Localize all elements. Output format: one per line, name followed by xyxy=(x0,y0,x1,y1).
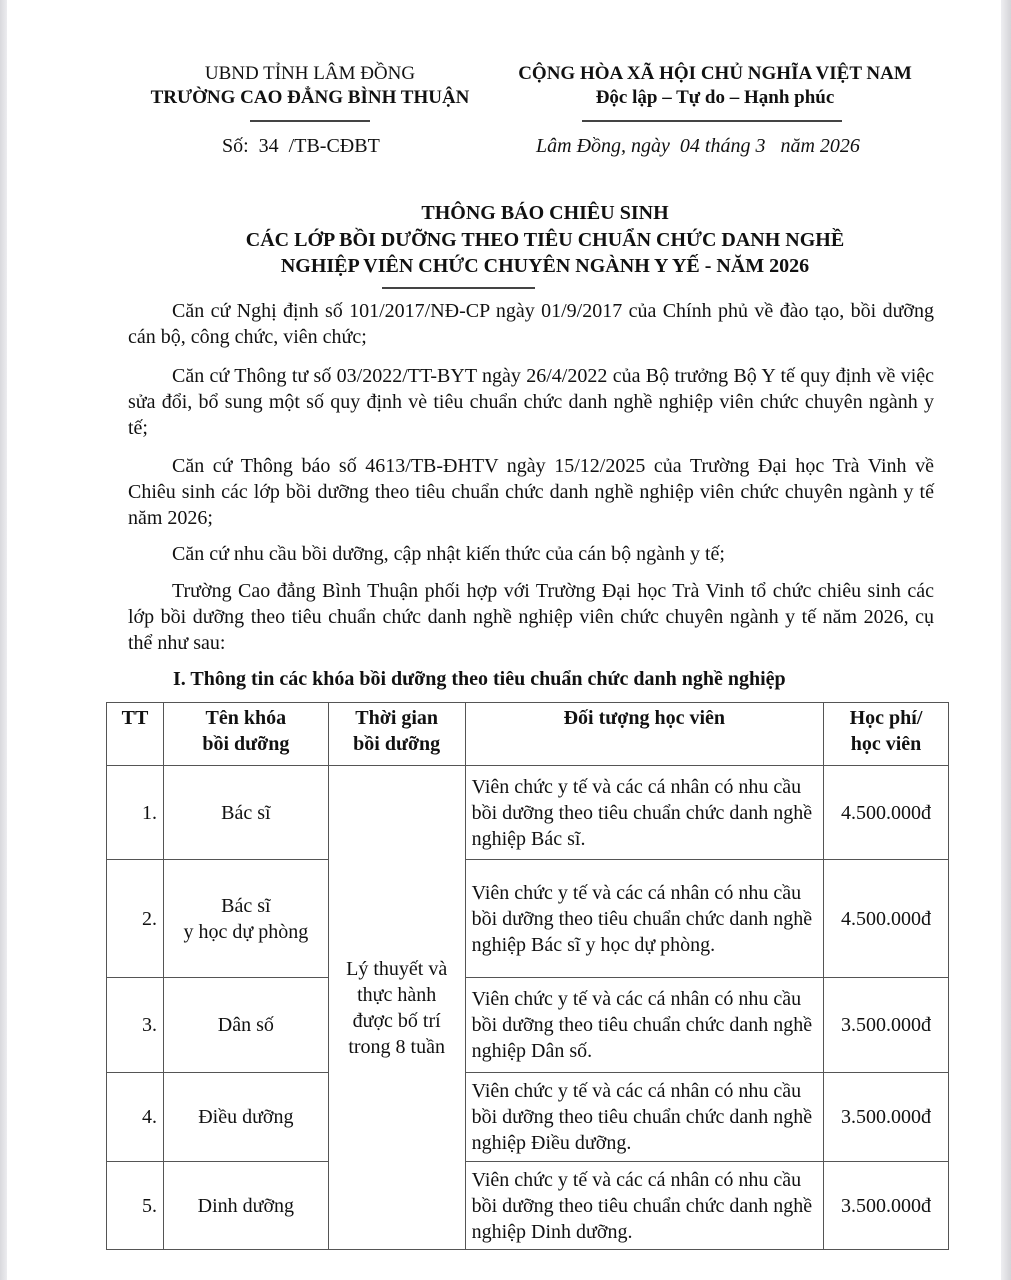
document-number: Số: 34 /TB-CĐBT xyxy=(222,135,380,158)
row-course-name: Bác sĩ xyxy=(163,766,328,860)
paragraph-legal-basis-2: Căn cứ Thông tư số 03/2022/TT-BYT ngày 2… xyxy=(128,363,934,441)
row-fee: 3.500.000đ xyxy=(824,1162,949,1250)
row-course-name: Dinh dưỡng xyxy=(163,1162,328,1250)
row-course-name: Bác sĩ y học dự phòng xyxy=(163,860,328,978)
motto: Độc lập – Tự do – Hạnh phúc xyxy=(490,86,940,110)
table-row: 4. Điều dưỡng Viên chức y tế và các cá n… xyxy=(107,1073,949,1162)
table-row: 3. Dân số Viên chức y tế và các cá nhân … xyxy=(107,978,949,1073)
courses-table: TT Tên khóa bồi dưỡng Thời gian bồi dưỡn… xyxy=(106,702,949,1250)
row-tt: 3. xyxy=(107,978,164,1073)
table-row: 5. Dinh dưỡng Viên chức y tế và các cá n… xyxy=(107,1162,949,1250)
document-subtitle-line1: CÁC LỚP BỒI DƯỠNG THEO TIÊU CHUẨN CHỨC D… xyxy=(100,228,990,253)
document-page: UBND TỈNH LÂM ĐỒNG TRƯỜNG CAO ĐẲNG BÌNH … xyxy=(0,0,1011,1280)
table-row: 2. Bác sĩ y học dự phòng Viên chức y tế … xyxy=(107,860,949,978)
section-heading: I. Thông tin các khóa bồi dưỡng theo tiê… xyxy=(173,668,786,691)
national-motto: CỘNG HÒA XÃ HỘI CHỦ NGHĨA VIỆT NAM Độc l… xyxy=(490,62,940,110)
authority-line: UBND TỈNH LÂM ĐỒNG xyxy=(130,62,490,86)
row-fee: 4.500.000đ xyxy=(824,860,949,978)
table-row: 1. Bác sĩ Lý thuyết và thực hành được bố… xyxy=(107,766,949,860)
row-tt: 1. xyxy=(107,766,164,860)
table-header-row: TT Tên khóa bồi dưỡng Thời gian bồi dưỡn… xyxy=(107,703,949,766)
issuing-authority: UBND TỈNH LÂM ĐỒNG TRƯỜNG CAO ĐẲNG BÌNH … xyxy=(130,62,490,110)
row-target: Viên chức y tế và các cá nhân có nhu cầu… xyxy=(465,1162,823,1250)
row-target: Viên chức y tế và các cá nhân có nhu cầu… xyxy=(465,860,823,978)
paragraph-intro: Trường Cao đẳng Bình Thuận phối hợp với … xyxy=(128,578,934,656)
row-fee: 3.500.000đ xyxy=(824,1073,949,1162)
row-fee: 4.500.000đ xyxy=(824,766,949,860)
country-name: CỘNG HÒA XÃ HỘI CHỦ NGHĨA VIỆT NAM xyxy=(490,62,940,86)
header-duration: Thời gian bồi dưỡng xyxy=(328,703,465,766)
header-right-rule xyxy=(582,120,842,122)
document-subtitle-line2: NGHIỆP VIÊN CHỨC CHUYÊN NGÀNH Y YẾ - NĂM… xyxy=(100,254,990,279)
header-target: Đối tượng học viên xyxy=(465,703,823,766)
row-course-name: Dân số xyxy=(163,978,328,1073)
paragraph-legal-basis-3: Căn cứ Thông báo số 4613/TB-ĐHTV ngày 15… xyxy=(128,453,934,531)
row-tt: 4. xyxy=(107,1073,164,1162)
shared-duration: Lý thuyết và thực hành được bố trí trong… xyxy=(328,766,465,1250)
row-tt: 5. xyxy=(107,1162,164,1250)
paragraph-legal-basis-1: Căn cứ Nghị định số 101/2017/NĐ-CP ngày … xyxy=(128,298,934,350)
header-fee: Học phí/ học viên xyxy=(824,703,949,766)
row-fee: 3.500.000đ xyxy=(824,978,949,1073)
header-left-rule xyxy=(250,120,370,122)
school-name: TRƯỜNG CAO ĐẲNG BÌNH THUẬN xyxy=(130,86,490,110)
place-date: Lâm Đồng, ngày 04 tháng 3 năm 2026 xyxy=(536,135,860,158)
paragraph-legal-basis-4: Căn cứ nhu cầu bồi dưỡng, cập nhật kiến … xyxy=(128,541,934,567)
title-rule xyxy=(382,287,535,289)
header-course-name: Tên khóa bồi dưỡng xyxy=(163,703,328,766)
row-target: Viên chức y tế và các cá nhân có nhu cầu… xyxy=(465,978,823,1073)
document-title: THÔNG BÁO CHIÊU SINH xyxy=(100,201,990,226)
header-tt: TT xyxy=(107,703,164,766)
row-target: Viên chức y tế và các cá nhân có nhu cầu… xyxy=(465,1073,823,1162)
row-tt: 2. xyxy=(107,860,164,978)
row-course-name: Điều dưỡng xyxy=(163,1073,328,1162)
row-target: Viên chức y tế và các cá nhân có nhu cầu… xyxy=(465,766,823,860)
